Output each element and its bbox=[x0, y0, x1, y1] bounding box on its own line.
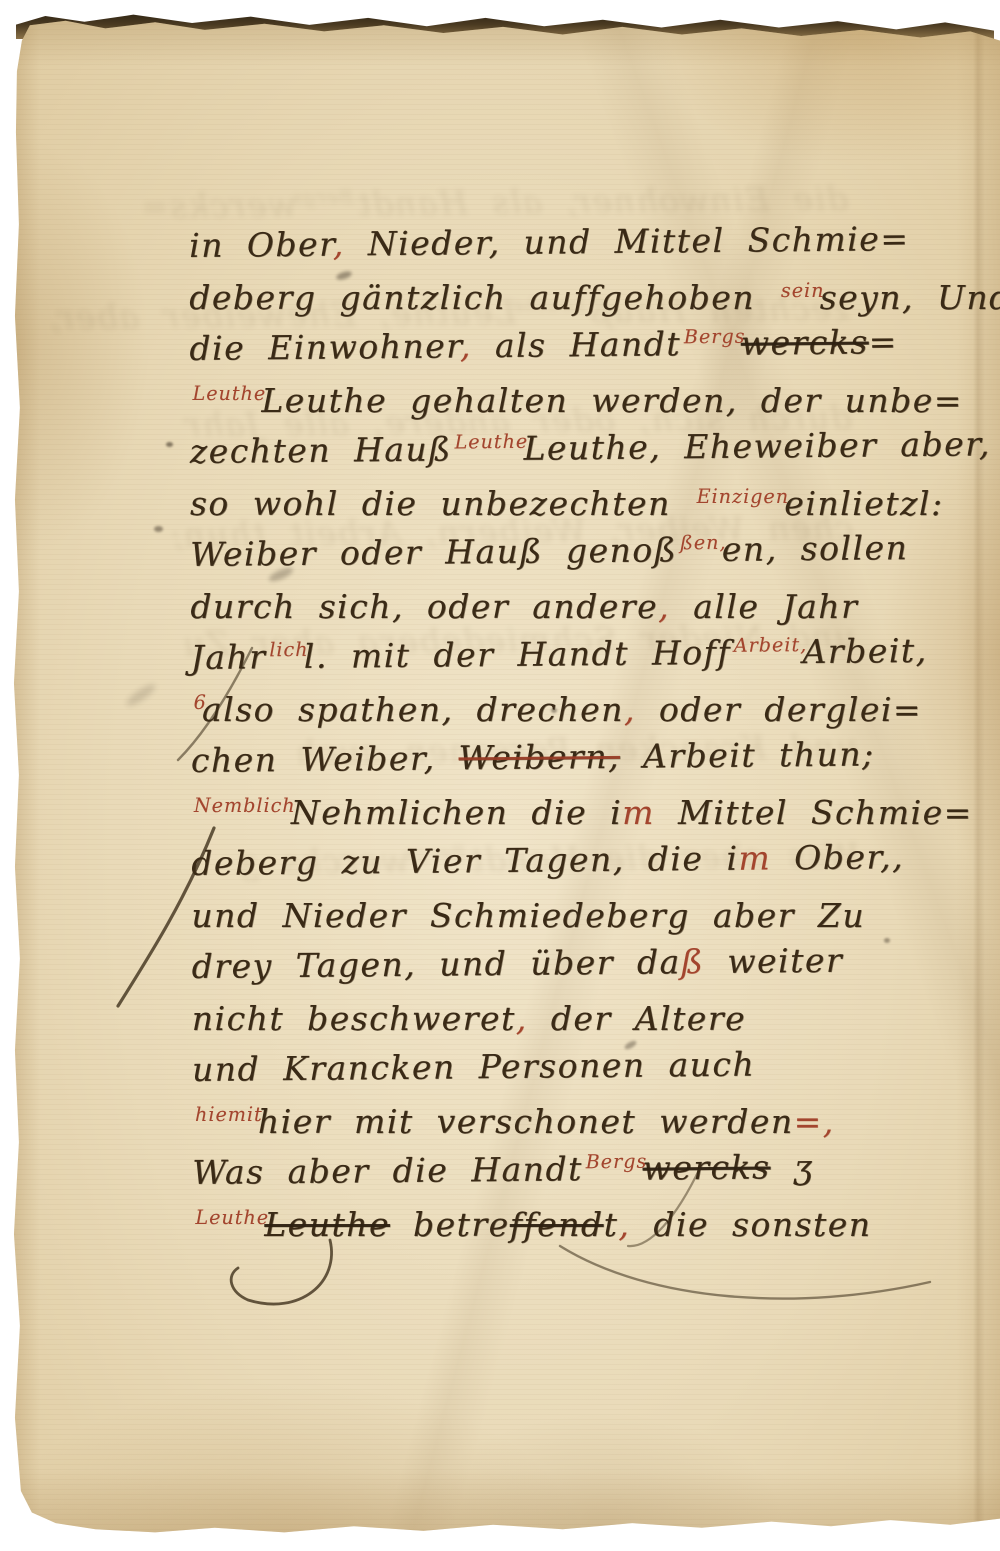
handwritten-text: Mittel Schmie= bbox=[655, 792, 973, 831]
handwritten-text: Arbeit thun; bbox=[620, 734, 875, 775]
handwritten-text: Was aber die Handt bbox=[192, 1149, 583, 1192]
struck-text: wercks bbox=[642, 1147, 770, 1187]
handwritten-text: en, sollen bbox=[722, 528, 909, 569]
handwritten-text: die Einwohner bbox=[189, 326, 460, 368]
red-ink-annotation: Bergs bbox=[586, 1150, 648, 1174]
manuscript-line: LeutheLeuthe betreffendt, die sonsten bbox=[193, 1198, 993, 1250]
manuscript-line: Weiber oder Hauß genoßßen,en, sollen bbox=[190, 521, 990, 580]
handwritten-text: drey Tagen, und über da bbox=[191, 942, 681, 986]
handwritten-text: chen Weiber, bbox=[191, 738, 459, 780]
handwritten-text: Nehmlichen die i bbox=[291, 792, 622, 831]
handwritten-text: alle Jahr bbox=[670, 586, 858, 625]
red-ink-annotation: 6 bbox=[194, 691, 207, 714]
handwritten-text: oder derglei= bbox=[636, 689, 922, 728]
manuscript-line: hiemithier mit verschonet werden=, bbox=[192, 1095, 992, 1147]
handwritten-text: Weiber oder Hauß genoß bbox=[190, 530, 677, 574]
manuscript-line: in Ober, Nieder, und Mittel Schmie= bbox=[189, 212, 989, 271]
handwritten-text: in Ober bbox=[189, 225, 333, 265]
struck-text: ffend bbox=[510, 1204, 604, 1243]
red-ink-annotation: Bergs bbox=[291, 186, 353, 210]
red-ink-annotation: ßen, bbox=[680, 531, 727, 554]
red-ink-annotation: sein bbox=[781, 279, 825, 302]
red-ink-annotation: , bbox=[333, 225, 345, 264]
red-ink-annotation: Einzigen bbox=[697, 485, 789, 508]
manuscript-page: die Einwohner, als HandtBergswercks=zech… bbox=[6, 10, 1000, 1540]
manuscript-text: in Ober, Nieder, und Mittel Schmie=deber… bbox=[189, 217, 993, 1250]
red-ink-annotation: , bbox=[460, 326, 472, 365]
handwritten-text: und Nieder Schmiedeberg aber Zu bbox=[191, 895, 865, 934]
handwritten-text: hier mit verschonet werden bbox=[258, 1101, 794, 1140]
red-ink-annotation: hiemit bbox=[195, 1103, 263, 1126]
struck-text: wercks bbox=[741, 322, 869, 362]
red-ink-annotation: Leuthe bbox=[195, 1206, 269, 1229]
manuscript-line: zechten HaußLeutheLeuthe, Eheweiber aber… bbox=[190, 418, 990, 477]
handwritten-text: als Handt bbox=[472, 324, 682, 365]
handwritten-text: ʒ bbox=[770, 1147, 813, 1186]
red-ink-annotation: , bbox=[618, 1204, 630, 1243]
handwritten-text: so wohl die unbezechten bbox=[190, 483, 694, 522]
red-ink-annotation: Leuthe bbox=[192, 382, 266, 405]
red-ink-annotation: Arbeit, bbox=[734, 633, 808, 657]
manuscript-line: Jahrlichl. mit der Handt HoffArbeit,Arbe… bbox=[190, 624, 990, 683]
red-ink-annotation: , bbox=[624, 689, 636, 728]
manuscript-line: Was aber die HandtBergswercks ʒ bbox=[192, 1139, 992, 1198]
handwritten-text: durch sich, oder andere bbox=[190, 586, 658, 625]
manuscript-line: chen Weiber, Weibern, Arbeit thun; bbox=[191, 727, 991, 786]
handwritten-text: deberg zu Vier Tagen, die i bbox=[191, 839, 739, 883]
red-ink-annotation: Bergs bbox=[684, 325, 746, 349]
red-ink-annotation: Nemblich bbox=[194, 794, 296, 817]
handwritten-text: Arbeit, bbox=[802, 631, 927, 671]
handwritten-text: t bbox=[604, 1204, 619, 1243]
handwritten-text: die sonsten bbox=[630, 1204, 871, 1243]
handwritten-text: Ober,, bbox=[771, 837, 904, 877]
handwritten-text: und Krancken Personen auch bbox=[192, 1045, 756, 1089]
manuscript-line: deberg zu Vier Tagen, die im Ober,, bbox=[191, 830, 991, 889]
manuscript-line: drey Tagen, und über daß weiter bbox=[191, 933, 991, 992]
ink-smudge bbox=[124, 681, 158, 709]
red-ink-annotation: Leuthe bbox=[454, 430, 528, 454]
red-ink-annotation: lich bbox=[269, 638, 308, 661]
manuscript-line: 6also spathen, drechen, oder derglei= bbox=[191, 683, 991, 735]
red-ink-annotation: , bbox=[516, 998, 528, 1037]
handwritten-text: zechten Hauß bbox=[190, 429, 452, 471]
handwritten-text: Jahr bbox=[190, 637, 266, 677]
handwritten-text: nicht beschweret bbox=[192, 998, 516, 1037]
handwritten-text: also spathen, drechen bbox=[202, 689, 624, 728]
red-ink-annotation: ß bbox=[681, 942, 705, 981]
manuscript-line: LeutheLeuthe gehalten werden, der unbe= bbox=[190, 374, 990, 426]
red-ink-annotation: Weibern, bbox=[458, 737, 620, 778]
handwritten-text: Leuthe gehalten werden, der unbe= bbox=[261, 380, 963, 419]
ink-blot bbox=[166, 442, 173, 447]
struck-text: Leuthe bbox=[264, 1204, 390, 1243]
red-ink-annotation: =, bbox=[794, 1101, 835, 1140]
handwritten-text: deberg gäntzlich auffgehoben bbox=[189, 277, 778, 316]
manuscript-line: und Krancken Personen auch bbox=[192, 1036, 992, 1095]
manuscript-line: die Einwohner, als HandtBergswercks= bbox=[189, 315, 989, 374]
handwritten-text: weiter bbox=[704, 941, 843, 981]
handwritten-text: Nieder, und Mittel Schmie= bbox=[345, 219, 910, 263]
handwritten-text: = bbox=[869, 322, 899, 361]
red-ink-annotation: m bbox=[622, 792, 655, 831]
handwritten-text: Leuthe, Eheweiber aber, bbox=[523, 424, 991, 467]
handwritten-text: = bbox=[139, 187, 169, 226]
red-ink-annotation: m bbox=[738, 838, 771, 877]
manuscript-line: und Nieder Schmiedeberg aber Zu bbox=[191, 889, 991, 941]
handwritten-text: l. mit der Handt Hoff bbox=[304, 633, 732, 676]
manuscript-line: deberg gäntzlich auffgehoben seinseyn, U… bbox=[189, 271, 989, 323]
handwritten-text: der Altere bbox=[528, 998, 746, 1037]
manuscript-line: nicht beschweret, der Altere bbox=[192, 992, 992, 1044]
handwritten-text: einlietzl: bbox=[784, 483, 943, 522]
manuscript-line: NemblichNehmlichen die im Mittel Schmie= bbox=[191, 786, 991, 838]
manuscript-line: durch sich, oder andere, alle Jahr bbox=[190, 580, 990, 632]
handwritten-text: betre bbox=[390, 1204, 510, 1243]
manuscript-line: so wohl die unbezechten Einzigeneinlietz… bbox=[190, 477, 990, 529]
handwritten-text: seyn, Und bbox=[820, 277, 1000, 316]
red-ink-annotation: , bbox=[658, 586, 670, 625]
red-ink-annotation: , bbox=[565, 182, 577, 221]
ink-blot bbox=[154, 526, 163, 532]
